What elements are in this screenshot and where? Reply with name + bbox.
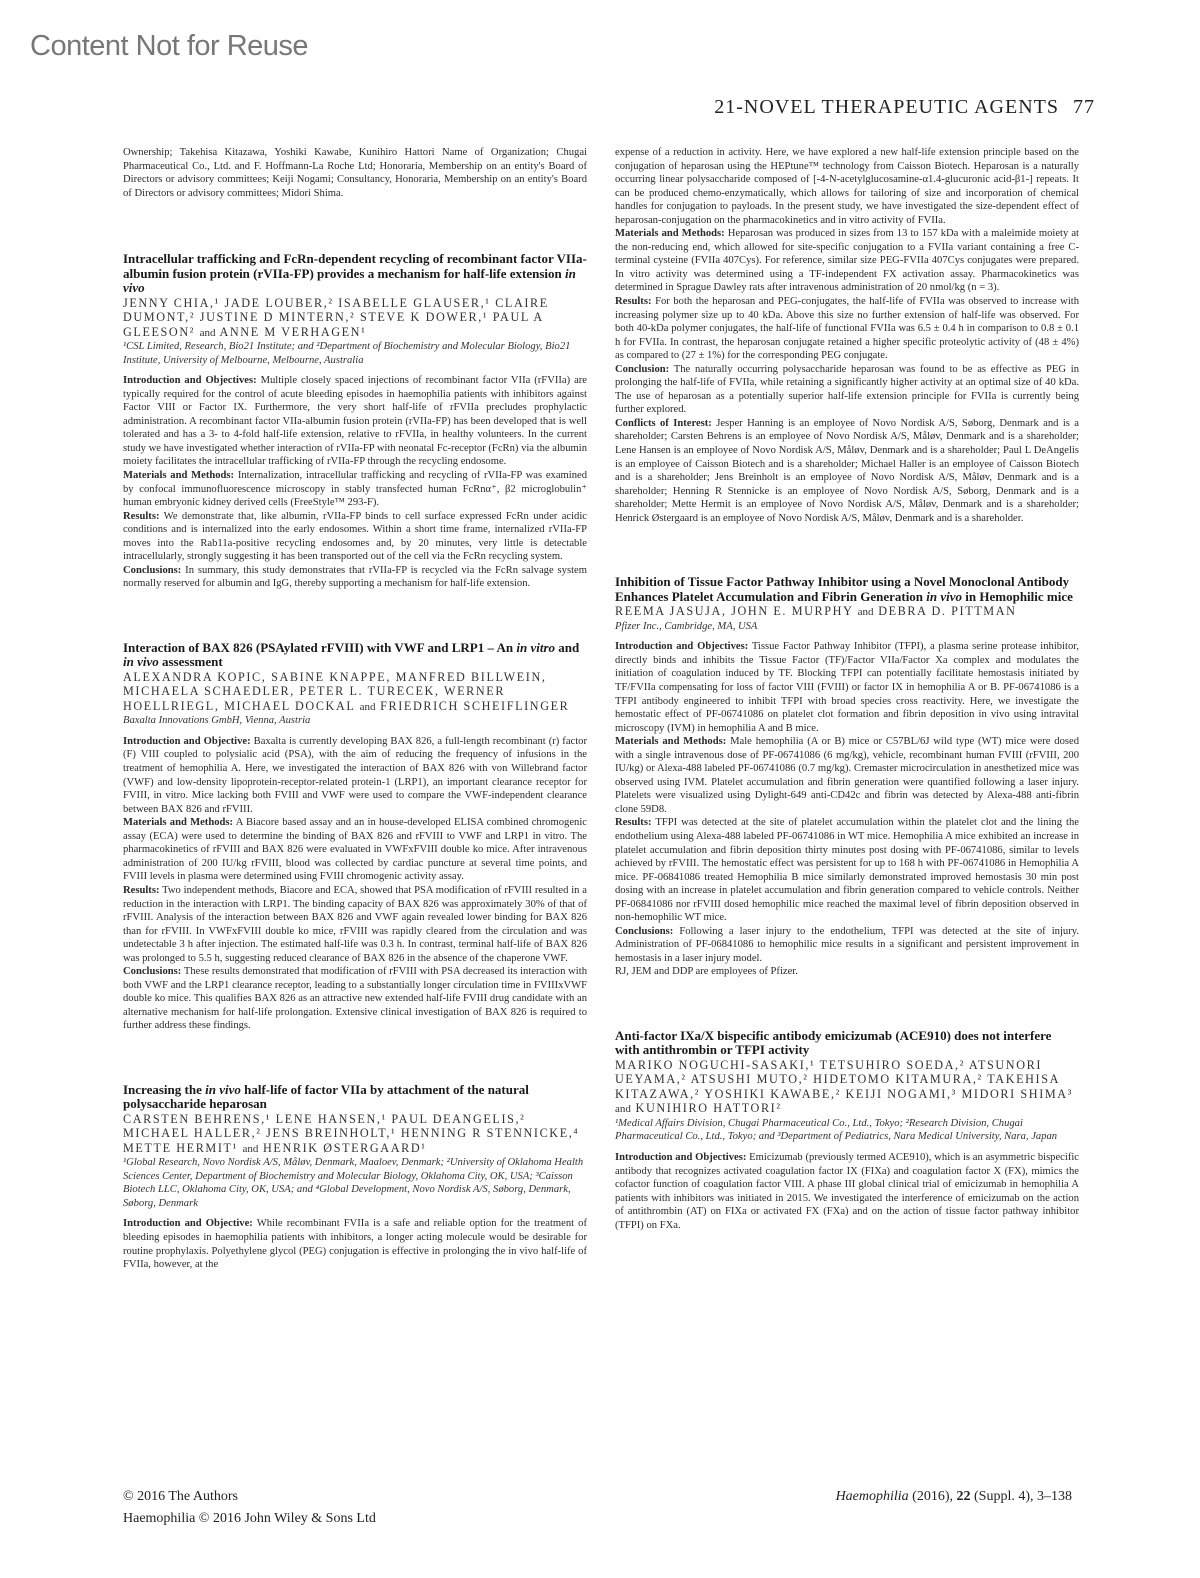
- section-intro: Introduction and Objectives: Emicizumab …: [615, 1151, 1079, 1232]
- watermark: Content Not for Reuse: [30, 30, 308, 63]
- journal-name: Haemophilia: [836, 1489, 909, 1504]
- abstract-title: Increasing the in vivo half-life of fact…: [123, 1083, 587, 1112]
- abstract-affiliation: ¹Global Research, Novo Nordisk A/S, Målø…: [123, 1156, 587, 1210]
- section-conflicts: Conflicts of Interest: Jesper Hanning is…: [615, 417, 1079, 525]
- abstract-affiliation: ¹CSL Limited, Research, Bio21 Institute;…: [123, 340, 587, 367]
- section-conclusions: Conclusions: In summary, this study demo…: [123, 564, 587, 591]
- abstract-authors: MARIKO NOGUCHI-SASAKI,¹ TETSUHIRO SOEDA,…: [615, 1058, 1079, 1117]
- abstract-affiliation: Pfizer Inc., Cambridge, MA, USA: [615, 620, 1079, 634]
- footer-copyright: © 2016 The Authors Haemophilia © 2016 Jo…: [123, 1486, 376, 1530]
- abstract-title: Interaction of BAX 826 (PSAylated rFVIII…: [123, 641, 587, 670]
- abstract-heparosan: Increasing the in vivo half-life of fact…: [123, 1083, 587, 1272]
- section-results: Results: For both the heparosan and PEG-…: [615, 295, 1079, 363]
- section-conclusion: Conclusion: The naturally occurring poly…: [615, 363, 1079, 417]
- section-intro: Introduction and Objective: While recomb…: [123, 1217, 587, 1271]
- running-head: 21-NOVEL THERAPEUTIC AGENTS77: [714, 96, 1095, 119]
- right-column: expense of a reduction in activity. Here…: [615, 146, 1079, 1232]
- section-conclusions: Conclusions: Following a laser injury to…: [615, 925, 1079, 966]
- abstract-tfpi-antibody: Inhibition of Tissue Factor Pathway Inhi…: [615, 575, 1079, 979]
- section-intro: Introduction and Objectives: Multiple cl…: [123, 374, 587, 469]
- journal-volume: 22: [957, 1489, 971, 1504]
- page-number: 77: [1073, 96, 1095, 118]
- section-results: Results: TFPI was detected at the site o…: [615, 816, 1079, 924]
- abstract-authors: CARSTEN BEHRENS,¹ LENE HANSEN,¹ PAUL DEA…: [123, 1112, 587, 1157]
- heparosan-continuation: expense of a reduction in activity. Here…: [615, 146, 1079, 525]
- section-results: Results: We demonstrate that, like album…: [123, 510, 587, 564]
- section-methods: Materials and Methods: Internalization, …: [123, 469, 587, 510]
- section-methods: Materials and Methods: Heparosan was pro…: [615, 227, 1079, 295]
- abstract-bax-826: Interaction of BAX 826 (PSAylated rFVIII…: [123, 641, 587, 1033]
- section-conclusions: Conclusions: These results demonstrated …: [123, 965, 587, 1033]
- abstract-affiliation: ¹Medical Affairs Division, Chugai Pharma…: [615, 1117, 1079, 1144]
- section-title: 21-NOVEL THERAPEUTIC AGENTS: [714, 96, 1059, 118]
- abstract-affiliation: Baxalta Innovations GmbH, Vienna, Austri…: [123, 714, 587, 728]
- abstract-title: Anti-factor IXa/X bispecific antibody em…: [615, 1029, 1079, 1058]
- section-disclosure: RJ, JEM and DDP are employees of Pfizer.: [615, 965, 1079, 979]
- section-methods: Materials and Methods: A Biacore based a…: [123, 816, 587, 884]
- left-column: Ownership; Takehisa Kitazawa, Yoshiki Ka…: [123, 146, 587, 1272]
- section-results: Results: Two independent methods, Biacor…: [123, 884, 587, 965]
- abstract-authors: ALEXANDRA KOPIC, SABINE KNAPPE, MANFRED …: [123, 670, 587, 715]
- section-methods: Materials and Methods: Male hemophilia (…: [615, 735, 1079, 816]
- continuation-text: Ownership; Takehisa Kitazawa, Yoshiki Ka…: [123, 146, 587, 200]
- abstract-title: Intracellular trafficking and FcRn-depen…: [123, 252, 587, 296]
- section-intro: Introduction and Objective: Baxalta is c…: [123, 735, 587, 816]
- footer-citation: Haemophilia (2016), 22 (Suppl. 4), 3–138: [836, 1486, 1072, 1508]
- section-intro: Introduction and Objectives: Tissue Fact…: [615, 640, 1079, 735]
- abstract-title: Inhibition of Tissue Factor Pathway Inhi…: [615, 575, 1079, 604]
- copyright-authors: © 2016 The Authors: [123, 1486, 376, 1508]
- copyright-publisher: Haemophilia © 2016 John Wiley & Sons Ltd: [123, 1508, 376, 1530]
- section-intro-continued: expense of a reduction in activity. Here…: [615, 146, 1079, 227]
- abstract-authors: JENNY CHIA,¹ JADE LOUBER,² ISABELLE GLAU…: [123, 296, 587, 341]
- abstract-emicizumab: Anti-factor IXa/X bispecific antibody em…: [615, 1029, 1079, 1232]
- abstract-rviia-fp: Intracellular trafficking and FcRn-depen…: [123, 252, 587, 591]
- abstract-authors: REEMA JASUJA, JOHN E. MURPHY and DEBRA D…: [615, 604, 1079, 620]
